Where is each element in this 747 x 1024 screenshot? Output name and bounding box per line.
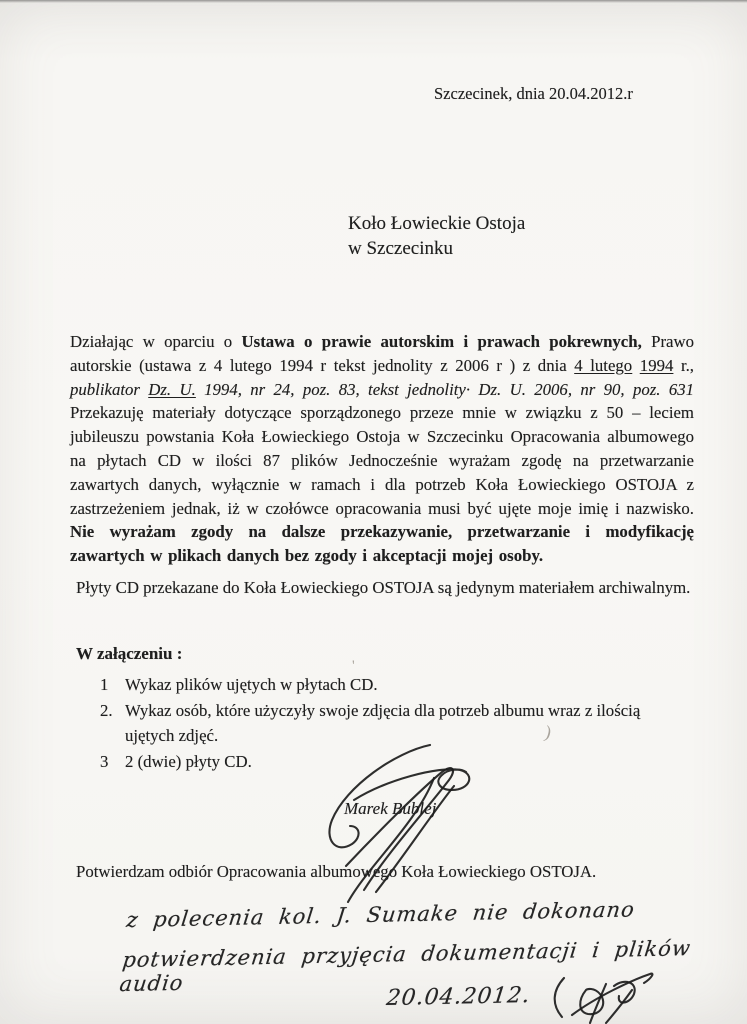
cd-archive-statement: Płyty CD przekazane do Koła Łowieckiego … <box>76 578 690 598</box>
recipient-city: w Szczecinku <box>348 236 525 261</box>
handwritten-signature-icon <box>548 970 662 1024</box>
list-item-text: Wykaz plików ujętych w płytach CD. <box>125 672 692 698</box>
recipient-name: Koło Łowieckie Ostoja <box>348 211 525 236</box>
list-item: 1 Wykaz plików ujętych w płytach CD. <box>100 672 692 698</box>
stray-mark: ' <box>352 658 355 675</box>
letter-body-paragraph: Działając w oparciu o Ustawa o prawie au… <box>70 330 694 568</box>
handwritten-note-line1: z polecenia kol. J. Sumake nie dokonano <box>125 897 636 932</box>
date-line: Szczecinek, dnia 20.04.2012.r <box>434 84 633 104</box>
scanned-letter-page: Szczecinek, dnia 20.04.2012.r Koło Łowie… <box>0 0 747 1024</box>
handwritten-signature-icon <box>316 736 486 908</box>
confirmation-line: Potwierdzam odbiór Opracowania albumoweg… <box>76 862 596 882</box>
scan-edge-artifact <box>0 0 747 3</box>
recipient-block: Koło Łowieckie Ostoja w Szczecinku <box>348 211 525 261</box>
list-item-number: 1 <box>100 672 125 698</box>
list-item-number: 3 <box>100 749 125 775</box>
handwritten-date: 20.04.2012. <box>385 983 532 1011</box>
list-item-number: 2. <box>100 698 125 724</box>
attachments-heading: W załączeniu : <box>76 644 182 664</box>
